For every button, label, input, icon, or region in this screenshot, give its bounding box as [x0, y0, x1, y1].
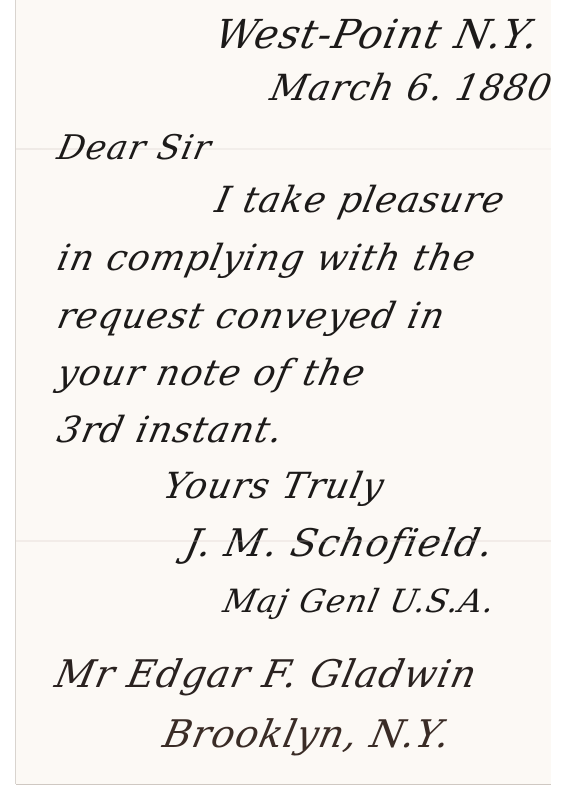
signature: J. M. Schofield. — [181, 521, 498, 565]
closing: Yours Truly — [160, 466, 389, 507]
body-line: 3rd instant. — [54, 410, 288, 451]
addressee-name: Mr Edgar F. Gladwin — [51, 652, 481, 696]
heading-place: West-Point N.Y. — [211, 12, 543, 58]
letter-paper: West-Point N.Y. March 6. 1880 Dear Sir I… — [16, 0, 551, 784]
signature-title: Maj Genl U.S.A. — [220, 582, 499, 620]
body-line: I take pleasure — [212, 180, 509, 221]
body-line: your note of the — [54, 353, 370, 394]
body-line: request conveyed in — [54, 296, 450, 337]
addressee-location: Brooklyn, N.Y. — [159, 712, 455, 756]
body-line: in complying with the — [54, 238, 480, 279]
heading-date: March 6. 1880 — [267, 68, 556, 109]
salutation: Dear Sir — [54, 128, 216, 168]
